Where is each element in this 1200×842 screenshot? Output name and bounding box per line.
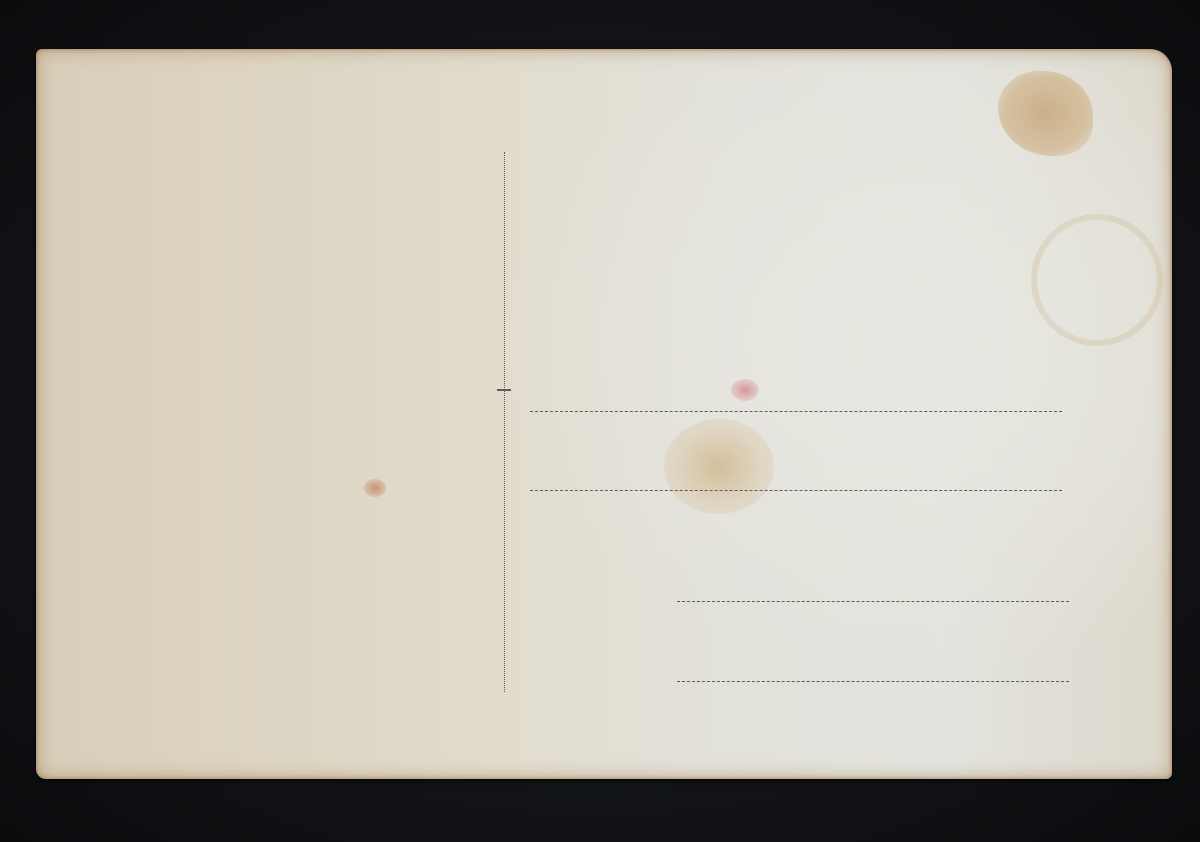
address-line-3 [677, 601, 1069, 602]
postcard-back [36, 49, 1172, 779]
address-line-2 [530, 490, 1062, 491]
address-line-4 [677, 681, 1069, 682]
left-spot [364, 479, 386, 497]
center-stain [664, 419, 774, 514]
ring-stain [1031, 214, 1163, 346]
vertical-divider-line [504, 152, 505, 692]
divider-tick-mark [497, 389, 511, 391]
address-line-1 [530, 411, 1062, 412]
red-mark [731, 379, 759, 401]
corner-stain [998, 71, 1093, 156]
